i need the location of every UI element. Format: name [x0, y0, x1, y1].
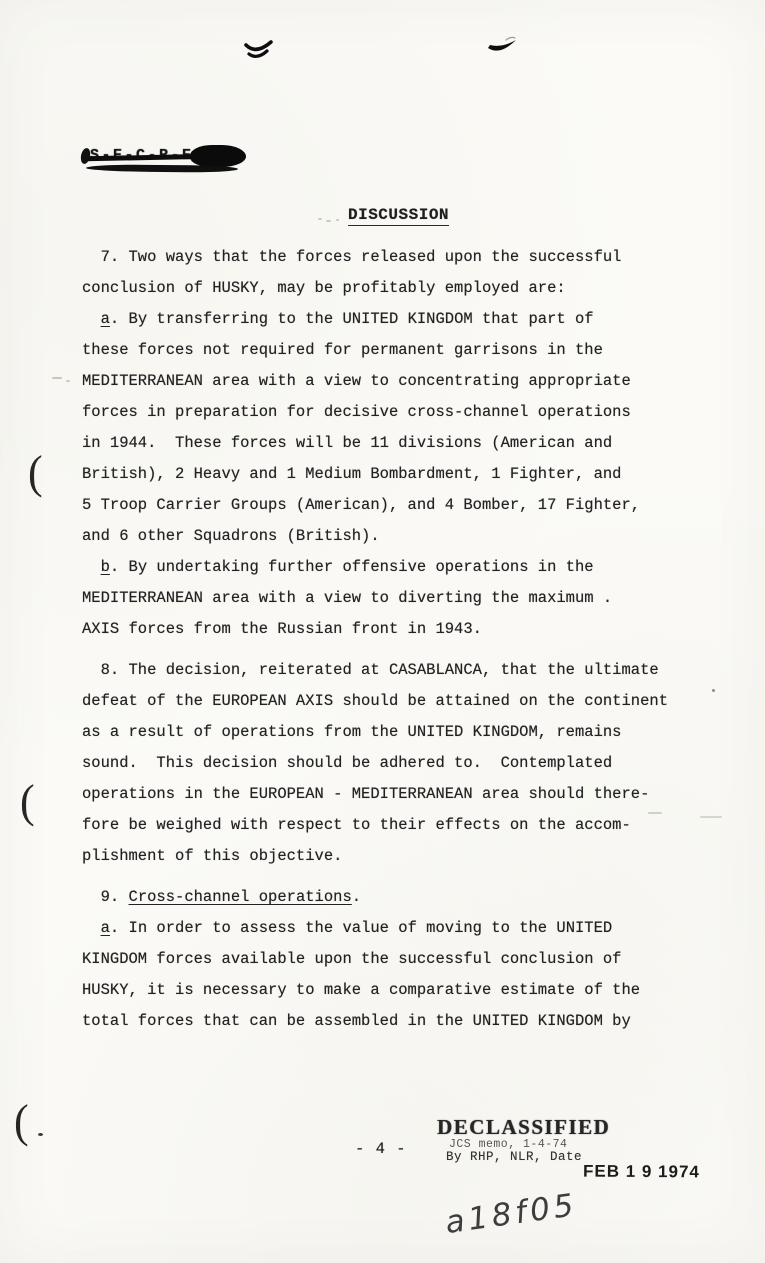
- ink-smudge-left: [243, 38, 273, 62]
- document-body: 7. Two ways that the forces released upo…: [82, 242, 712, 1047]
- text-line: KINGDOM forces available upon the succes…: [82, 944, 712, 975]
- margin-paren-dot: [38, 1133, 43, 1136]
- paragraph: 9. Cross-channel operations. a. In order…: [82, 882, 712, 1037]
- text-line: conclusion of HUSKY, may be profitably e…: [82, 273, 712, 304]
- text-line: b. By undertaking further offensive oper…: [82, 552, 712, 583]
- date-stamp: FEB 1 9 1974: [583, 1162, 700, 1183]
- text-line: 7. Two ways that the forces released upo…: [82, 242, 712, 273]
- text-line: forces in preparation for decisive cross…: [82, 397, 712, 428]
- text-line: as a result of operations from the UNITE…: [82, 717, 712, 748]
- text-line: fore be weighed with respect to their ef…: [82, 810, 712, 841]
- text-line: British), 2 Heavy and 1 Medium Bombardme…: [82, 459, 712, 490]
- page-number: - 4 -: [355, 1140, 407, 1158]
- paragraph: 8. The decision, reiterated at CASABLANC…: [82, 655, 712, 872]
- text-line: a. By transferring to the UNITED KINGDOM…: [82, 304, 712, 335]
- pencil-speck: [326, 220, 331, 222]
- text-line: HUSKY, it is necessary to make a compara…: [82, 975, 712, 1006]
- margin-paren-mark: (: [20, 775, 35, 829]
- text-line: sound. This decision should be adhered t…: [82, 748, 712, 779]
- text-line: 5 Troop Carrier Groups (American), and 4…: [82, 490, 712, 521]
- text-line: 9. Cross-channel operations.: [82, 882, 712, 913]
- text-line: a. In order to assess the value of movin…: [82, 913, 712, 944]
- pencil-speck: [336, 219, 339, 221]
- text-line: these forces not required for permanent …: [82, 335, 712, 366]
- text-line: in 1944. These forces will be 11 divisio…: [82, 428, 712, 459]
- ink-blob: [190, 145, 246, 167]
- declassified-stamp-title: DECLASSIFIED: [437, 1115, 610, 1140]
- text-line: 8. The decision, reiterated at CASABLANC…: [82, 655, 712, 686]
- pencil-speck: [712, 689, 715, 692]
- text-line: MEDITERRANEAN area with a view to divert…: [82, 583, 712, 614]
- pencil-speck: [66, 380, 70, 382]
- paragraph: 7. Two ways that the forces released upo…: [82, 242, 712, 645]
- text-line: defeat of the EUROPEAN AXIS should be at…: [82, 686, 712, 717]
- scanned-document-page: S-E-C-R-E-T DISCUSSION ( ( ( 7. Two ways…: [0, 0, 765, 1263]
- text-line: operations in the EUROPEAN - MEDITERRANE…: [82, 779, 712, 810]
- section-heading: DISCUSSION: [348, 206, 449, 226]
- text-line: MEDITERRANEAN area with a view to concen…: [82, 366, 712, 397]
- handwritten-note: a18f05: [443, 1187, 580, 1241]
- text-line: plishment of this objective.: [82, 841, 712, 872]
- text-line: total forces that can be assembled in th…: [82, 1006, 712, 1037]
- margin-paren-mark: (: [28, 446, 43, 500]
- pencil-speck: [52, 377, 62, 379]
- declassified-stamp-by-line: By RHP, NLR, Date: [446, 1150, 582, 1164]
- ink-smudge-right: [486, 34, 518, 58]
- ink-smear: [86, 164, 238, 173]
- text-line: and 6 other Squadrons (British).: [82, 521, 712, 552]
- classification-stamp-secret: S-E-C-R-E-T: [84, 142, 246, 174]
- margin-paren-mark: (: [14, 1095, 29, 1149]
- text-line: AXIS forces from the Russian front in 19…: [82, 614, 712, 645]
- pencil-speck: [318, 218, 322, 220]
